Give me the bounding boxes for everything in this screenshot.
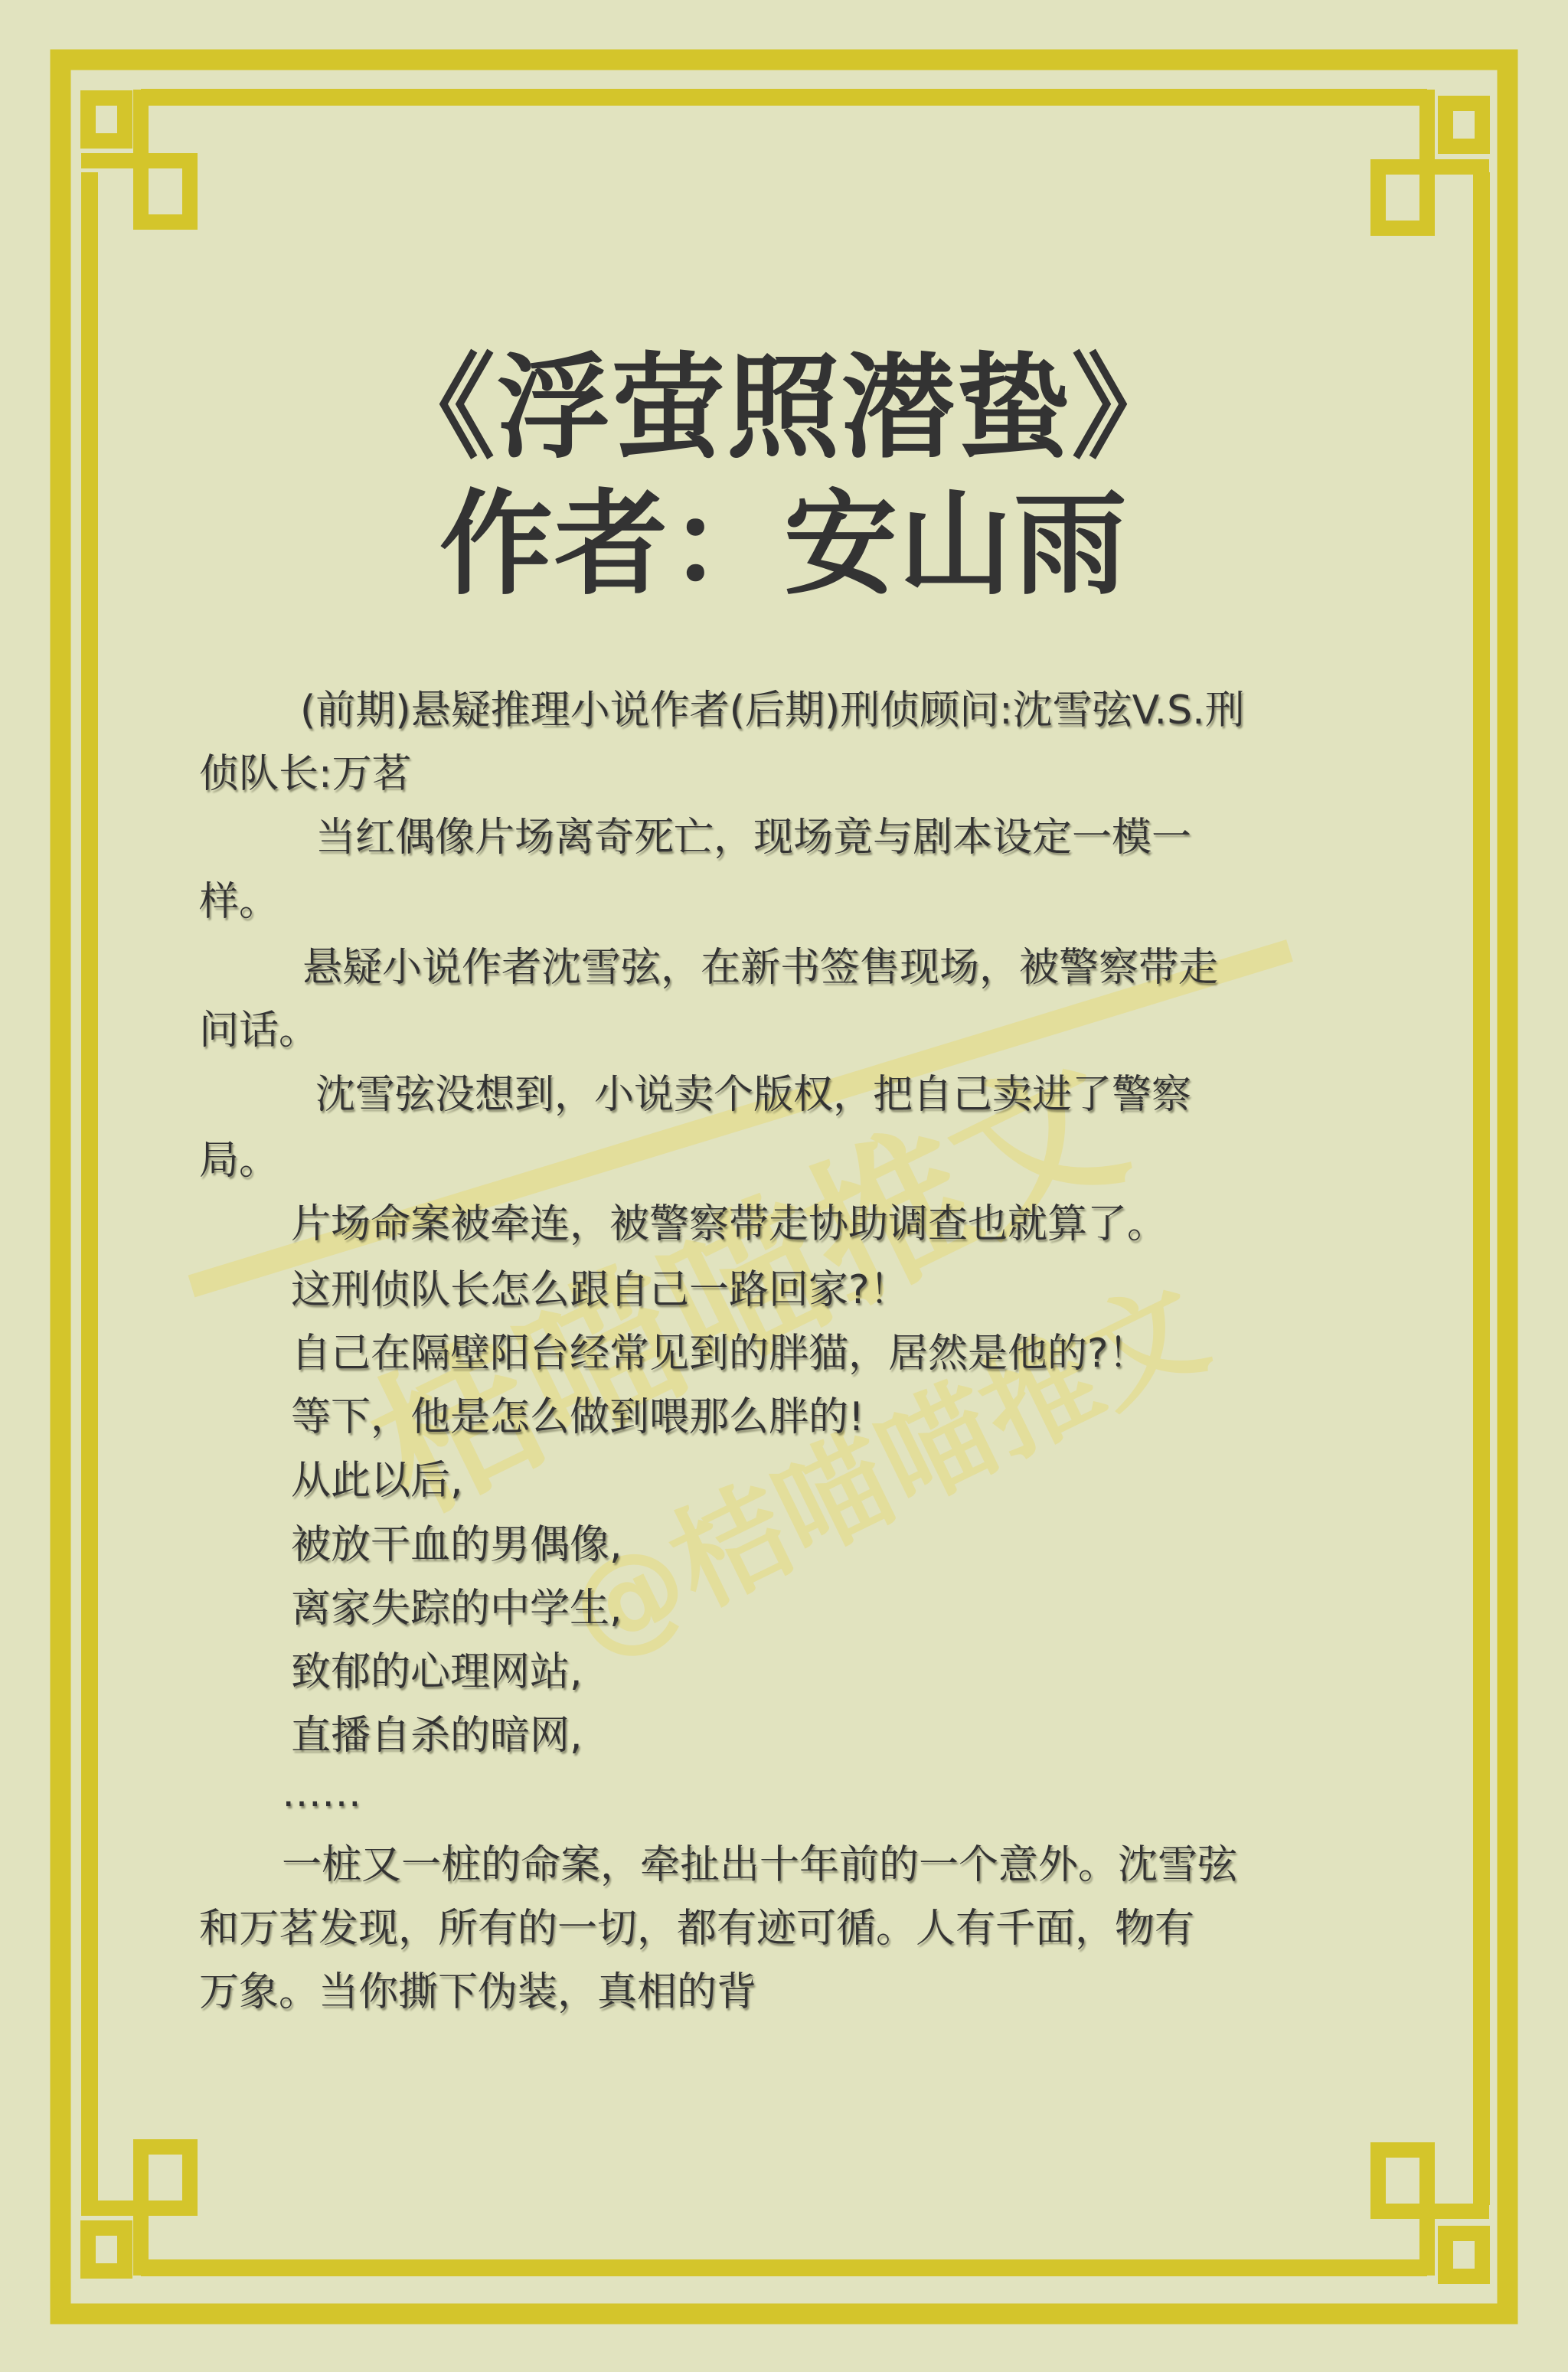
body-line: 等下，他是怎么做到喂那么胖的! [291, 1393, 864, 1442]
body-line: 直播自杀的暗网, [291, 1711, 583, 1760]
body-line: 一桩又一桩的命案，牵扯出十年前的一个意外。沈雪弦 [282, 1841, 1237, 1890]
body-line: 万象。当你撕下伪装，真相的背 [199, 1968, 756, 2017]
body-line: 悬疑小说作者沈雪弦，在新书签售现场，被警察带走 [302, 943, 1218, 992]
body-line: 侦队长:万茗 [199, 750, 412, 799]
body-line: 致郁的心理网站, [291, 1648, 583, 1697]
author-line: 作者：安山雨 [0, 479, 1568, 609]
body-line: 样。 [199, 877, 279, 926]
body-line: (前期)悬疑推理小说作者(后期)刑侦顾问:沈雪弦V.S.刑 [300, 686, 1245, 735]
body-line: 离家失踪的中学生, [291, 1584, 622, 1633]
body-line: 自己在隔壁阳台经常见到的胖猫，居然是他的?！ [291, 1329, 1148, 1378]
body-line: 沈雪弦没想到，小说卖个版权，把自己卖进了警察 [315, 1070, 1191, 1119]
body-line: 和万茗发现，所有的一切，都有迹可循。人有千面，物有 [199, 1904, 1194, 1953]
body-line: 被放干血的男偶像, [291, 1521, 622, 1570]
body-line-ellipsis: …… [282, 1769, 361, 1818]
body-line: 从此以后, [291, 1456, 463, 1505]
body-line: 问话。 [199, 1006, 318, 1055]
body-line: 片场命案被牵连，被警察带走协助调查也就算了。 [291, 1200, 1167, 1249]
body-line: 当红偶像片场离奇死亡，现场竟与剧本设定一模一 [315, 813, 1191, 862]
body-line: 局。 [199, 1136, 279, 1185]
book-title: 《浮萤照潜蛰》 [0, 343, 1568, 473]
body-line: 这刑侦队长怎么跟自己一路回家?！ [291, 1266, 910, 1315]
